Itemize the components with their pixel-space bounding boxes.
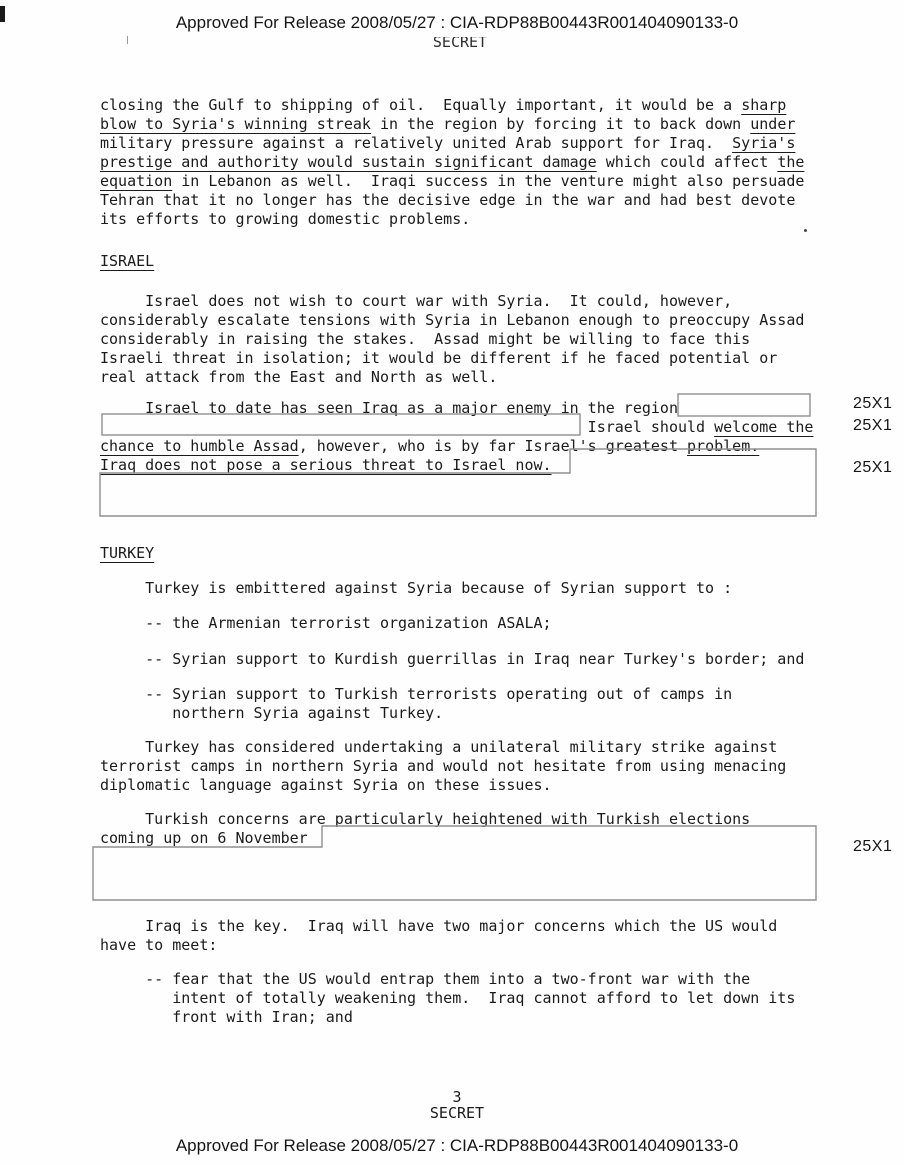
- text-line: northern Syria against Turkey.: [100, 704, 732, 723]
- text-line: military pressure against a relatively u…: [100, 134, 804, 153]
- text-segment: -- the Armenian terrorist organization A…: [100, 614, 552, 632]
- heading-text-israel: ISRAEL: [100, 252, 154, 270]
- underlined-text-segment: under: [750, 115, 795, 133]
- text-line: real attack from the East and North as w…: [100, 368, 804, 387]
- text-line: prestige and authority would sustain sig…: [100, 153, 804, 172]
- underlined-text-segment: problem.: [687, 437, 759, 455]
- text-segment: intent of totally weakening them. Iraq c…: [100, 989, 795, 1007]
- text-line: Turkish concerns are particularly height…: [100, 810, 750, 829]
- text-segment: which could affect: [597, 153, 778, 171]
- paragraph-iraq: Iraq is the key. Iraq will have two majo…: [100, 917, 777, 955]
- text-line: -- Syrian support to Turkish terrorists …: [100, 685, 732, 704]
- redaction-code-1: 25X1: [853, 395, 892, 413]
- text-line: -- the Armenian terrorist organization A…: [100, 614, 552, 633]
- text-segment: military pressure against a relatively u…: [100, 134, 732, 152]
- text-segment: coming up on 6 November: [100, 829, 308, 847]
- classification-bottom: SECRET: [430, 1104, 484, 1122]
- text-segment: diplomatic language against Syria on the…: [100, 776, 552, 794]
- bullet-turkey-terrorists: -- Syrian support to Turkish terrorists …: [100, 685, 732, 723]
- text-line: its efforts to growing domestic problems…: [100, 210, 804, 229]
- text-segment: front with Iran; and: [100, 1008, 353, 1026]
- underlined-text-segment: blow to Syria's winning streak: [100, 115, 371, 133]
- text-line: Turkey has considered undertaking a unil…: [100, 738, 786, 757]
- text-segment: -- fear that the US would entrap them in…: [100, 970, 750, 988]
- redaction-code-3: 25X1: [853, 459, 892, 477]
- text-segment: terrorist camps in northern Syria and wo…: [100, 757, 786, 775]
- paragraph-turkey-1: Turkey is embittered against Syria becau…: [100, 579, 732, 598]
- text-line: equation in Lebanon as well. Iraqi succe…: [100, 172, 804, 191]
- text-segment: Israeli threat in isolation; it would be…: [100, 349, 777, 367]
- document-page: Approved For Release 2008/05/27 : CIA-RD…: [0, 0, 904, 1165]
- text-line: Israel should welcome the: [100, 418, 813, 437]
- text-line: Tehran that it no longer has the decisiv…: [100, 191, 804, 210]
- text-line: terrorist camps in northern Syria and wo…: [100, 757, 786, 776]
- text-segment: closing the Gulf to shipping of oil. Equ…: [100, 96, 741, 114]
- text-segment: Turkey has considered undertaking a unil…: [100, 738, 777, 756]
- bullet-turkey-asala: -- the Armenian terrorist organization A…: [100, 614, 552, 633]
- text-segment: Israel to date has seen Iraq as a major …: [100, 399, 678, 417]
- text-line: have to meet:: [100, 936, 777, 955]
- bullet-iraq-fear: -- fear that the US would entrap them in…: [100, 970, 795, 1027]
- underlined-text-segment: welcome the: [714, 418, 813, 436]
- underlined-text-segment: the: [777, 153, 804, 171]
- text-segment: considerably escalate tensions with Syri…: [100, 311, 804, 329]
- text-line: intent of totally weakening them. Iraq c…: [100, 989, 795, 1008]
- text-segment: Tehran that it no longer has the decisiv…: [100, 191, 795, 209]
- header-approval-stamp: Approved For Release 2008/05/27 : CIA-RD…: [176, 13, 738, 33]
- text-line: diplomatic language against Syria on the…: [100, 776, 786, 795]
- text-line: Israel to date has seen Iraq as a major …: [100, 399, 813, 418]
- scan-artifact-tick: [127, 36, 128, 44]
- heading-text-turkey: TURKEY: [100, 544, 154, 562]
- text-line: coming up on 6 November: [100, 829, 750, 848]
- footer-approval-stamp: Approved For Release 2008/05/27 : CIA-RD…: [176, 1136, 738, 1156]
- text-line: chance to humble Assad, however, who is …: [100, 437, 813, 456]
- text-segment: Israel should: [100, 418, 714, 436]
- bullet-turkey-kurdish: -- Syrian support to Kurdish guerrillas …: [100, 650, 804, 669]
- text-segment: Turkey is embittered against Syria becau…: [100, 579, 732, 597]
- paragraph-turkey-3: Turkish concerns are particularly height…: [100, 810, 750, 848]
- text-line: Iraq does not pose a serious threat to I…: [100, 456, 813, 475]
- underlined-text-segment: sharp: [741, 96, 786, 114]
- paragraph-turkey-2: Turkey has considered undertaking a unil…: [100, 738, 786, 795]
- text-segment: -- Syrian support to Turkish terrorists …: [100, 685, 732, 703]
- section-heading-israel: ISRAEL: [100, 252, 154, 271]
- paragraph-israel-2: Israel to date has seen Iraq as a major …: [100, 399, 813, 475]
- text-segment: considerably in raising the stakes. Assa…: [100, 330, 750, 348]
- text-line: Turkey is embittered against Syria becau…: [100, 579, 732, 598]
- text-segment: Iraq is the key. Iraq will have two majo…: [100, 917, 777, 935]
- text-line: blow to Syria's winning streak in the re…: [100, 115, 804, 134]
- text-segment: in the region by forcing it to back down: [371, 115, 750, 133]
- text-segment: real attack from the East and North as w…: [100, 368, 497, 386]
- text-segment: Israel does not wish to court war with S…: [100, 292, 732, 310]
- underlined-text-segment: equation: [100, 172, 172, 190]
- redaction-code-4: 25X1: [853, 838, 892, 856]
- text-segment: have to meet:: [100, 936, 217, 954]
- classification-top-text: SECRET: [433, 37, 487, 51]
- text-line: front with Iran; and: [100, 1008, 795, 1027]
- section-heading-turkey: TURKEY: [100, 544, 154, 563]
- redaction-code-2: 25X1: [853, 417, 892, 435]
- text-line: Israel does not wish to court war with S…: [100, 292, 804, 311]
- text-segment: in Lebanon as well. Iraqi success in the…: [172, 172, 804, 190]
- scan-artifact-dot: [804, 229, 807, 232]
- text-line: Israeli threat in isolation; it would be…: [100, 349, 804, 368]
- classification-top: SECRET: [433, 37, 487, 51]
- paragraph-israel-1: Israel does not wish to court war with S…: [100, 292, 804, 387]
- text-line: -- Syrian support to Kurdish guerrillas …: [100, 650, 804, 669]
- underlined-text-segment: chance to humble Assad: [100, 437, 299, 455]
- paragraph-intro: closing the Gulf to shipping of oil. Equ…: [100, 96, 804, 229]
- underlined-text-segment: Syria's: [732, 134, 795, 152]
- underlined-text-segment: Iraq does not pose a serious threat to I…: [100, 456, 552, 474]
- text-segment: , however, who is by far Israel's greate…: [299, 437, 687, 455]
- text-line: Iraq is the key. Iraq will have two majo…: [100, 917, 777, 936]
- text-line: -- fear that the US would entrap them in…: [100, 970, 795, 989]
- text-line: considerably escalate tensions with Syri…: [100, 311, 804, 330]
- scan-artifact-corner: [0, 6, 5, 22]
- underlined-text-segment: prestige and authority would sustain sig…: [100, 153, 597, 171]
- text-segment: its efforts to growing domestic problems…: [100, 210, 470, 228]
- text-line: considerably in raising the stakes. Assa…: [100, 330, 804, 349]
- text-segment: Turkish concerns are particularly height…: [100, 810, 750, 828]
- text-line: closing the Gulf to shipping of oil. Equ…: [100, 96, 804, 115]
- text-segment: northern Syria against Turkey.: [100, 704, 443, 722]
- text-segment: -- Syrian support to Kurdish guerrillas …: [100, 650, 804, 668]
